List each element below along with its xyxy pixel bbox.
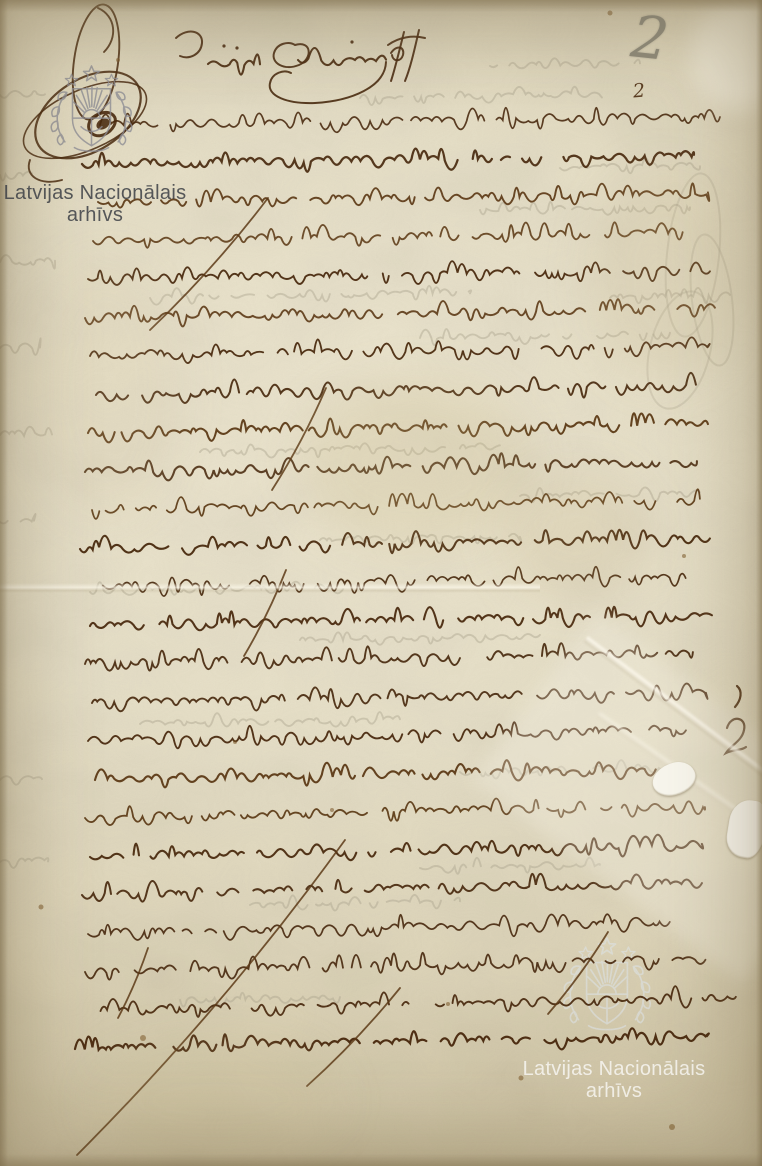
manuscript-page: 2 2 Latvijas Nacionālais arhīvs Latvijas… <box>0 0 762 1166</box>
ink-superscript-numeral: 2 <box>632 80 646 103</box>
manuscript-scan-canvas <box>0 0 762 1166</box>
archive-name-line1: Latvijas Nacionālais <box>514 1058 714 1080</box>
archive-watermark-text-bottom-right: Latvijas Nacionālais arhīvs <box>514 1058 714 1102</box>
archive-name-line2: arhīvs <box>2 204 188 226</box>
archive-name-line2: arhīvs <box>514 1080 714 1102</box>
pencil-page-number: 2 <box>617 1 684 75</box>
archive-name-line1: Latvijas Nacionālais <box>2 182 188 204</box>
paper-grain-texture <box>0 0 762 1166</box>
archive-watermark-text-top-left: Latvijas Nacionālais arhīvs <box>2 182 188 226</box>
